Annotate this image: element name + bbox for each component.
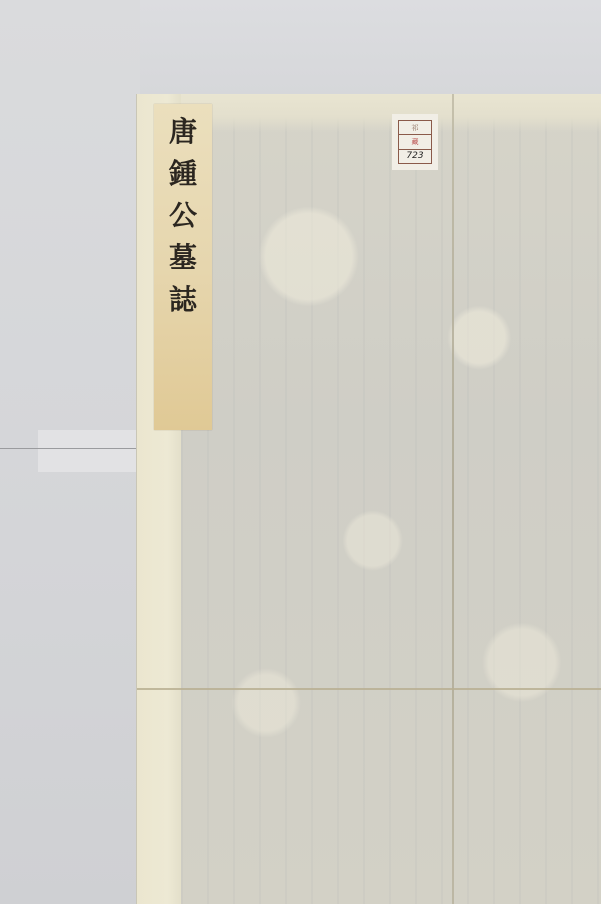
inscription-rubbing	[181, 94, 601, 904]
vertical-fold-line	[452, 94, 454, 904]
background-fold-line	[0, 448, 140, 449]
stamp-top: 祁	[399, 121, 431, 135]
catalog-stamp: 祁 藏 723	[392, 114, 438, 170]
horizontal-fold-line	[137, 688, 601, 690]
title-char: 墓	[169, 244, 197, 272]
mounted-sheet: 唐 鍾 公 墓 誌 祁 藏 723	[137, 94, 601, 904]
title-char: 唐	[169, 118, 197, 146]
stamp-number: 723	[399, 150, 431, 163]
stamp-seal: 藏	[399, 135, 431, 149]
title-char: 鍾	[169, 160, 197, 188]
rubbing-top-edge	[181, 94, 601, 132]
tape-strip	[38, 430, 140, 472]
title-label: 唐 鍾 公 墓 誌	[154, 104, 212, 430]
title-char: 公	[169, 202, 197, 230]
stamp-box: 祁 藏 723	[398, 120, 432, 164]
title-char: 誌	[169, 286, 197, 314]
